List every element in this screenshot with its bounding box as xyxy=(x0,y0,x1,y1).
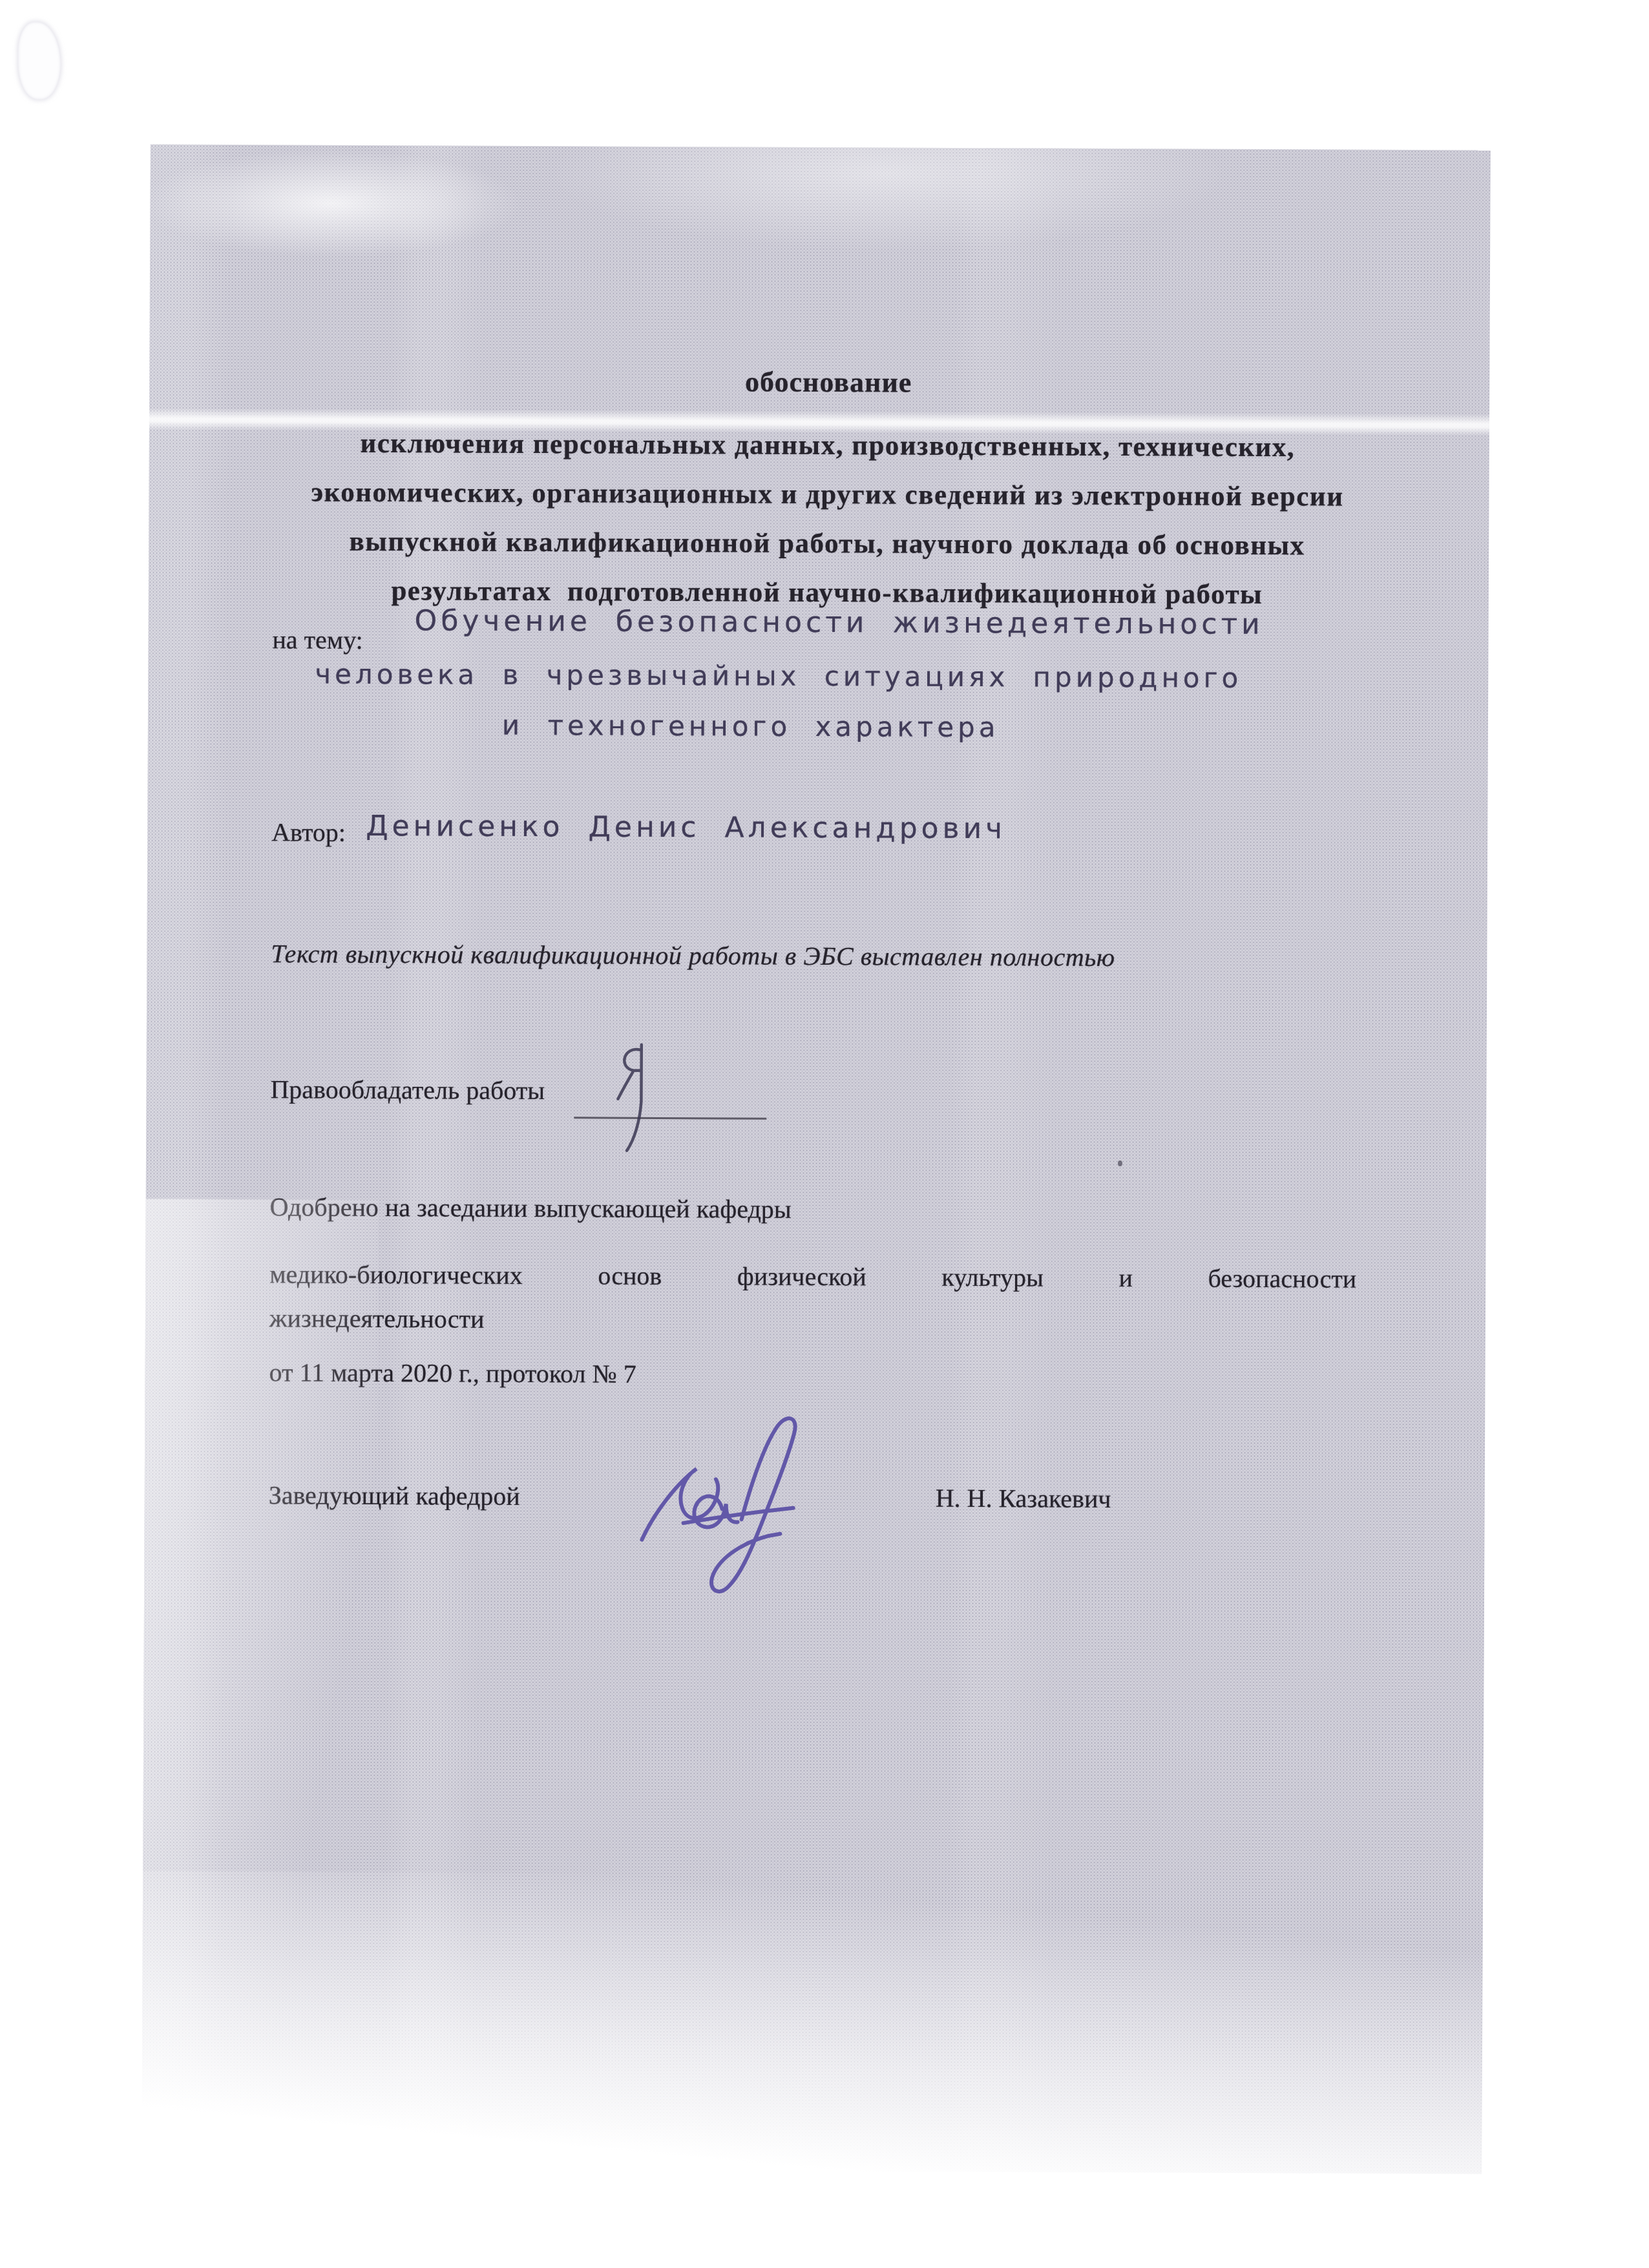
signature-underline xyxy=(574,1117,766,1119)
department-line: медико-биологических основ физической ку… xyxy=(269,1259,1356,1294)
rightsholder-label: Правообладатель работы xyxy=(270,1074,545,1106)
scanner-light-blotch xyxy=(150,144,1491,344)
paper-sheet: обоснование исключения персональных данн… xyxy=(142,144,1491,2174)
topic-label: на тему: xyxy=(272,624,363,655)
approval-line: Одобрено на заседании выпускающей кафедр… xyxy=(270,1192,792,1224)
topic-handwriting-line: Обучение безопасности жизнедеятельности xyxy=(415,604,1264,641)
author-name-handwritten: Денисенко Денис Александрович xyxy=(366,810,1006,845)
scanner-fade-left xyxy=(142,1199,379,2169)
paragraph-line: экономических, организационных и других … xyxy=(213,468,1441,522)
department-word: и xyxy=(1119,1263,1133,1293)
rightsholder-signature xyxy=(609,1040,661,1156)
purpose-paragraph: исключения персональных данных, производ… xyxy=(213,419,1442,620)
scanned-document: обоснование исключения персональных данн… xyxy=(0,0,1649,2268)
scan-edge-artifact xyxy=(18,22,61,100)
scanner-fade-bottom xyxy=(116,1871,1591,2213)
head-signature xyxy=(624,1400,844,1601)
paragraph-line: исключения персональных данных, производ… xyxy=(214,419,1442,473)
head-label: Заведующий кафедрой xyxy=(269,1480,520,1511)
topic-handwriting-line: человека в чрезвычайных ситуациях природ… xyxy=(315,658,1242,694)
document-title: обоснование xyxy=(158,363,1498,402)
paragraph-line: выпускной квалификационной работы, научн… xyxy=(213,517,1441,571)
scan-speck xyxy=(1118,1160,1122,1166)
head-name: Н. Н. Казакевич xyxy=(936,1483,1111,1514)
protocol-line: от 11 марта 2020 г., протокол № 7 xyxy=(269,1357,636,1389)
department-word: медико-биологических xyxy=(269,1259,523,1290)
department-tail: жизнедеятельности xyxy=(269,1303,485,1334)
department-word: основ xyxy=(598,1261,662,1291)
department-word: физической xyxy=(737,1261,867,1292)
author-label: Автор: xyxy=(271,817,346,848)
ebs-note: Текст выпускной квалификационной работы … xyxy=(271,938,1115,972)
department-word: безопасности xyxy=(1208,1263,1356,1294)
topic-handwriting-line: и техногенного характера xyxy=(502,709,1000,743)
department-word: культуры xyxy=(941,1262,1044,1293)
